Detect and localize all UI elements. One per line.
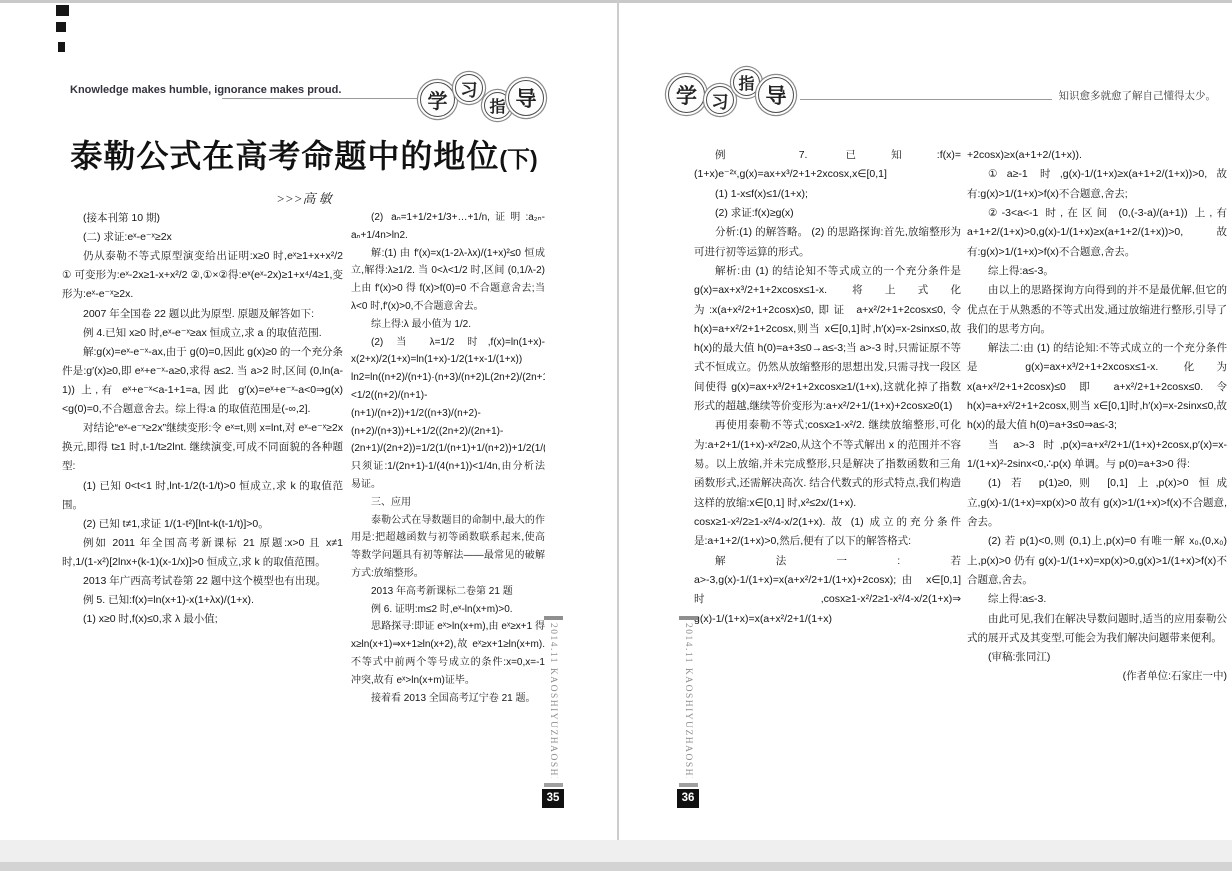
spine-bar [544, 783, 563, 787]
article-title-suffix: (下) [499, 146, 537, 172]
badge-xi-icon: 习 [706, 86, 734, 114]
paragraph: 接着看 2013 全国高考辽宁卷 21 题。 [351, 690, 545, 708]
paragraph: 例 5. 已知:f(x)=ln(x+1)-x(1+λx)/(1+x). [62, 591, 343, 610]
paragraph: 解析:由 (1) 的结论知不等式成立的一个充分条件是 g(x)=ax+x³/2+… [694, 262, 961, 417]
spine-bar [679, 783, 698, 787]
registration-mark [58, 42, 65, 52]
badge-xue-icon: 学 [420, 82, 455, 117]
paragraph: 综上得:a≤-3. [967, 590, 1227, 609]
paragraph: 解法二:由 (1) 的结论知:不等式成立的一个充分条件是 g(x)=ax+x³/… [967, 339, 1227, 436]
paragraph: (接本刊第 10 期) [62, 209, 343, 228]
issue-label-vertical: 2014.11 KAOSHIYUZHAOSHENG [683, 623, 693, 778]
issue-label-vertical: 2014.11 KAOSHIYUZHAOSHENG [548, 623, 558, 778]
spine-bar [544, 616, 563, 620]
page-number-36: 36 [677, 789, 699, 808]
paragraph: (1) 若 p(1)≥0,则 [0,1] 上,p(x)>0 恒成立,g(x)-1… [967, 474, 1227, 532]
paragraph: 例 4.已知 x≥0 时,eˣ-e⁻ˣ≥ax 恒成立,求 a 的取值范围. [62, 324, 343, 343]
badge-xi-icon: 习 [455, 74, 483, 102]
paragraph: 解法一:若 a>-3,g(x)-1/(1+x)=x(a+x²/2+1/(1+x)… [694, 552, 961, 629]
paragraph: ①a≥-1 时,g(x)-1/(1+x)≥x(a+1+2/(1+x))>0,故有… [967, 165, 1227, 204]
paragraph: (1) x≥0 时,f(x)≤0,求 λ 最小值; [62, 610, 343, 629]
badge-xue-icon: 学 [668, 76, 705, 113]
paragraph: ln2=ln((n+2)/(n+1)·(n+3)/(n+2)L(2n+2)/(2… [351, 369, 545, 494]
paragraph: 由此可见,我们在解决导数问题时,适当的应用泰勒公式的展开式及其变型,可能会为我们… [967, 610, 1227, 649]
left-page-column-2: (2) aₙ=1+1/2+1/3+…+1/n,证明:a₂ₙ-aₙ+1/4n>ln… [351, 209, 545, 808]
paragraph: 综上得:a≤-3。 [967, 262, 1227, 281]
paragraph: 2007 年全国卷 22 题以此为原型. 原题及解答如下: [62, 305, 343, 324]
registration-mark [56, 22, 66, 32]
paragraph: 当 a>-3 时,p(x)=a+x²/2+1/(1+x)+2cosx,p′(x)… [967, 436, 1227, 475]
right-page-column-2: +2cosx)≥x(a+1+2/(1+x)).①a≥-1 时,g(x)-1/(1… [967, 146, 1227, 808]
paragraph: 仍从泰勒不等式原型演变给出证明:x≥0 时,eˣ≥1+x+x²/2 ① 可变形为… [62, 247, 343, 304]
right-header-rule [800, 99, 1052, 100]
paragraph: 解:g(x)=eˣ-e⁻ˣ-ax,由于 g(0)=0,因此 g(x)≥0 的一个… [62, 343, 343, 419]
paragraph: cosx≥1-x²/2≥1-x²/4-x/2(1+x). 故 (1) 成立的充分… [694, 513, 961, 552]
paragraph: (审稿:张同江) [967, 648, 1227, 667]
page-gutter-divider [617, 0, 619, 871]
magazine-spread: { "spine": { "issue": "2014.11 KAOSHIYUZ… [0, 0, 1232, 871]
paragraph: 解:(1) 由 f′(x)=x(1-2λ-λx)/(1+x)²≤0 恒成立,解得… [351, 245, 545, 316]
paragraph: 对结论“eˣ-e⁻ˣ≥2x”继续变形:令 eˣ=t,则 x=lnt,对 eˣ-e… [62, 419, 343, 476]
paragraph: (2) 若 p(1)<0,则 (0,1)上,p(x)=0 有唯一解 x₀,(0,… [967, 532, 1227, 590]
paragraph: (1) 1-x≤f(x)≤1/(1+x); [694, 185, 961, 204]
registration-mark [56, 5, 69, 16]
paragraph: (二) 求证:eˣ-e⁻ˣ≥2x [62, 228, 343, 247]
article-author: >>>高 敏 [58, 188, 550, 207]
paragraph: (2) aₙ=1+1/2+1/3+…+1/n,证明:a₂ₙ-aₙ+1/4n>ln… [351, 209, 545, 245]
page-number-35: 35 [542, 789, 564, 808]
paragraph: 2013 年高考新课标二卷第 21 题 [351, 583, 545, 601]
paragraph: (2) 当 λ=1/2 时,f(x)=ln(1+x)-x(2+x)/2(1+x)… [351, 334, 545, 370]
left-page-column-1: (接本刊第 10 期)(二) 求证:eˣ-e⁻ˣ≥2x仍从泰勒不等式原型演变给出… [62, 209, 343, 808]
left-header-rule [222, 98, 418, 99]
paragraph: 思路探寻:即证 eˣ>ln(x+m),由 eˣ≥x+1 得 x≥ln(x+1)⇒… [351, 618, 545, 689]
right-page-motto: 知识愈多就愈了解自己懂得太少。 [1059, 88, 1217, 103]
badge-dao-icon: 导 [508, 80, 544, 116]
paragraph: 再使用泰勒不等式;cosx≥1-x²/2. 继续放缩整形,可化为:a+2+1/(… [694, 416, 961, 513]
badge-zhi-icon: 指 [733, 69, 760, 96]
paragraph: 例 6. 证明:m≤2 时,eˣ-ln(x+m)>0. [351, 601, 545, 619]
paragraph: 分析:(1) 的解答略。 (2) 的思路探询:首先,放缩整形为可进行初等运算的形… [694, 223, 961, 262]
left-page-spine: 2014.11 KAOSHIYUZHAOSHENG 35 [541, 616, 565, 808]
paragraph: ②-3<a<-1 时,在区间 (0,(-3-a)/(a+1)) 上,有 a+1+… [967, 204, 1227, 262]
paragraph: 2013 年广西高考试卷第 22 题中这个模型也有出现。 [62, 572, 343, 591]
top-scan-strip [0, 0, 1232, 3]
paragraph: 例 7. 已知:f(x)=(1+x)e⁻²ˣ,g(x)=ax+x³/2+1+2x… [694, 146, 961, 185]
paragraph: (作者单位:石家庄一中) [967, 667, 1227, 686]
paragraph: (2) 求证:f(x)≥g(x) [694, 204, 961, 223]
paragraph: 例如 2011 年全国高考新课标 21 原题:x>0 且 x≠1 时,1/(1-… [62, 534, 343, 572]
paragraph: (2) 已知 t≠1,求证 1/(1-t²)[lnt-k(t-1/t)]>0。 [62, 515, 343, 534]
paragraph: 泰勒公式在导数题目的命制中,最大的作用是:把超越函数与初等函数联系起来,使高等数… [351, 512, 545, 583]
bottom-scan-band-light [0, 840, 1232, 863]
left-page-motto: Knowledge makes humble, ignorance makes … [70, 84, 341, 96]
paragraph: +2cosx)≥x(a+1+2/(1+x)). [967, 146, 1227, 165]
right-page-spine: 2014.11 KAOSHIYUZHAOSHENG 36 [676, 616, 700, 808]
badge-zhi-icon: 指 [484, 92, 511, 119]
paragraph: 综上得:λ 最小值为 1/2. [351, 316, 545, 334]
badge-dao-icon: 导 [758, 77, 794, 113]
paragraph: 三、应用 [351, 494, 545, 512]
paragraph: 由以上的思路探询方向得到的并不是最优解,但它的优点在于从熟悉的不等式出发,通过放… [967, 281, 1227, 339]
article-title-main: 泰勒公式在高考命题中的地位 [70, 138, 499, 174]
bottom-scan-band-dark [0, 862, 1232, 871]
right-page-column-1: 例 7. 已知:f(x)=(1+x)e⁻²ˣ,g(x)=ax+x³/2+1+2x… [694, 146, 961, 808]
article-title: 泰勒公式在高考命题中的地位(下) [58, 131, 550, 177]
paragraph: (1) 已知 0<t<1 时,lnt-1/2(t-1/t)>0 恒成立,求 k … [62, 477, 343, 515]
spine-bar [679, 616, 698, 620]
